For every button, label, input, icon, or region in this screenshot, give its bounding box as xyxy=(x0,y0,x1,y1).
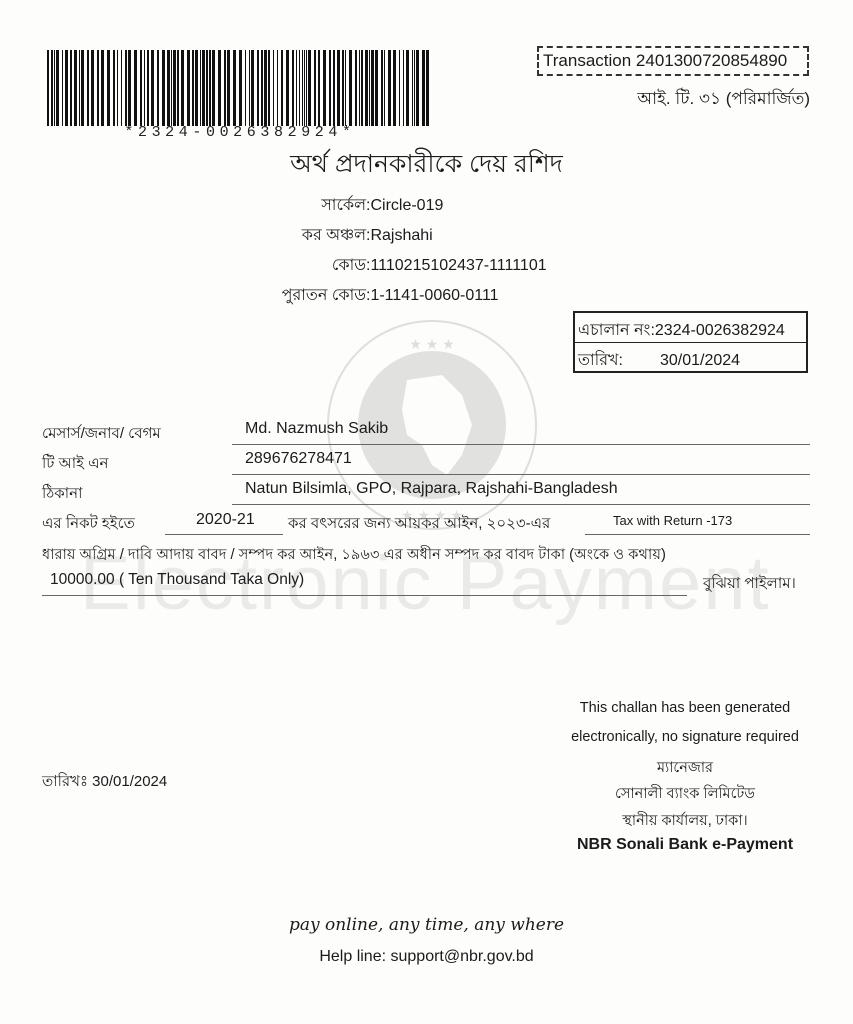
electronic-note-line1: This challan has been generated xyxy=(540,700,830,716)
form-code: আই. টি. ৩১ (পরিমার্জিত) xyxy=(600,86,810,114)
payer-name-label: মেসার্স/জনাব/ বেগম xyxy=(42,422,161,447)
tin-label: টি আই এন xyxy=(42,452,108,477)
challan-box: এচালান নং:2324-0026382924 তারিখ:30/01/20… xyxy=(573,311,808,373)
purpose-text: ধারায় অগ্রিম / দাবি আদায় বাবদ / সম্পদ … xyxy=(42,543,666,568)
amount-rule xyxy=(42,595,687,596)
tax-year-value: 2020-21 xyxy=(196,511,255,529)
section-value: Tax with Return -173 xyxy=(613,513,732,528)
payer-name-rule xyxy=(232,444,810,445)
transaction-box: Transaction 2401300720854890 xyxy=(537,46,809,76)
payer-name-value: Md. Nazmush Sakib xyxy=(245,420,388,438)
service-name: NBR Sonali Bank e-Payment xyxy=(540,836,830,854)
code-value: 1110215102437-1111101 xyxy=(370,257,546,274)
electronic-note-line2: electronically, no signature required xyxy=(540,729,830,745)
bank-name: সোনালী ব্যাংক লিমিটেড xyxy=(540,783,830,807)
tin-rule xyxy=(232,474,810,475)
received-text: বুঝিয়া পাইলাম। xyxy=(703,572,796,597)
challan-no-label: এচালান নং: xyxy=(578,322,655,339)
circle-value: Circle-019 xyxy=(370,197,443,214)
code-label: কোড xyxy=(250,252,366,279)
old-code-value: 1-1141-0060-0111 xyxy=(370,287,498,304)
amount-value: 10000.00 ( Ten Thousand Taka Only) xyxy=(50,571,304,589)
address-rule xyxy=(232,504,810,505)
manager-role: ম্যানেজার xyxy=(540,757,830,781)
from-label: এর নিকট হইতে xyxy=(42,512,135,537)
law-text: কর বৎসরের জন্য আয়কর আইন, ২০২৩-এর xyxy=(288,512,550,537)
helpline: Help line: support@nbr.gov.bd xyxy=(0,948,853,966)
footer-date: তারিখঃ 30/01/2024 xyxy=(42,770,167,795)
address-label: ঠিকানা xyxy=(42,482,82,507)
tax-zone-row: কর অঞ্চল:Rajshahi xyxy=(250,222,433,249)
tax-zone-label: কর অঞ্চল xyxy=(250,222,366,249)
bank-office: স্থানীয় কার্যালয়, ঢাকা। xyxy=(540,810,830,834)
footer-date-value: 30/01/2024 xyxy=(92,773,167,790)
old-code-label: পুরাতন কোড xyxy=(250,282,366,309)
barcode-number: *2324-0026382924* xyxy=(45,124,435,141)
tagline: pay online, any time, any where xyxy=(0,915,853,935)
footer-date-label: তারিখঃ xyxy=(42,773,88,790)
section-rule xyxy=(585,534,810,535)
barcode-icon xyxy=(45,50,435,126)
svg-text:★ ★ ★: ★ ★ ★ xyxy=(409,336,454,352)
challan-no-value: 2324-0026382924 xyxy=(655,322,785,339)
receipt-title: অর্থ প্রদানকারীকে দেয় রশিদ xyxy=(0,144,853,187)
circle-row: সার্কেল:Circle-019 xyxy=(250,192,443,219)
code-row: কোড:1110215102437-1111101 xyxy=(250,252,547,279)
challan-date-label: তারিখ: xyxy=(578,347,660,374)
challan-divider xyxy=(575,342,806,343)
old-code-row: পুরাতন কোড:1-1141-0060-0111 xyxy=(250,282,499,309)
tin-value: 289676278471 xyxy=(245,450,352,468)
circle-label: সার্কেল xyxy=(250,192,366,219)
tax-zone-value: Rajshahi xyxy=(370,227,432,244)
address-value: Natun Bilsimla, GPO, Rajpara, Rajshahi-B… xyxy=(245,480,618,498)
tax-year-rule xyxy=(165,534,283,535)
challan-date-value: 30/01/2024 xyxy=(660,352,740,369)
